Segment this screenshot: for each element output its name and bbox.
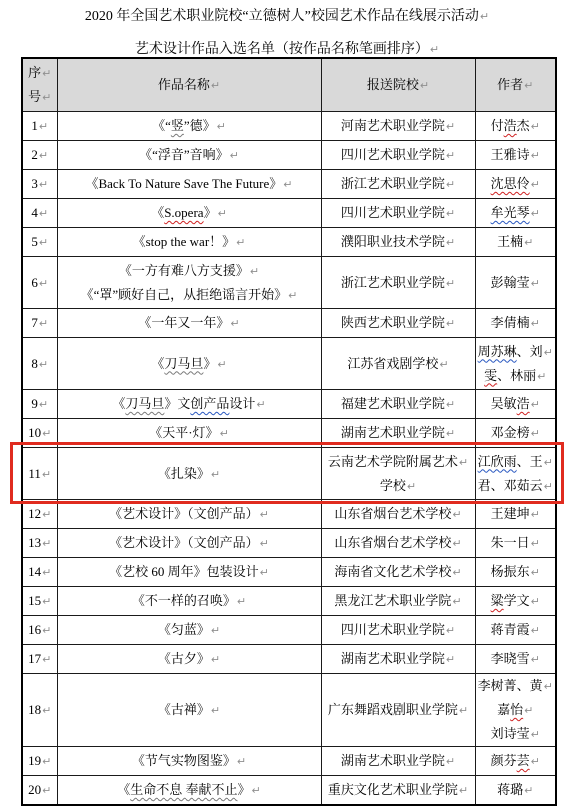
- cell-line: 11↵: [25, 462, 55, 486]
- school-cell: 山东省烟台艺术学校↵: [321, 500, 475, 529]
- cell-text: 《不一样的召唤》: [132, 593, 236, 608]
- squiggle-red-text: 浩: [517, 396, 530, 411]
- table-row-15: 15↵《不一样的召唤》↵黑龙江艺术职业学院↵粱学文↵: [22, 587, 556, 616]
- pilcrow-mark: ↵: [531, 398, 540, 411]
- seq-cell: 4↵: [22, 199, 57, 228]
- pilcrow-mark: ↵: [446, 427, 455, 440]
- school-cell: 云南艺术学院附属艺术↵学校↵: [321, 448, 475, 500]
- cell-text: 李树菁、黄: [478, 678, 543, 693]
- author-cell: 王建坤↵: [475, 500, 556, 529]
- pilcrow-mark: ↵: [42, 508, 51, 521]
- pilcrow-mark: ↵: [39, 277, 48, 290]
- cell-line: 《“竖”德》↵: [60, 114, 319, 138]
- cell-line: 15↵: [25, 589, 55, 613]
- work-name-cell: 《一方有难八方支援》↵《“罩”顾好自己，从拒绝谣言开始》↵: [57, 257, 321, 309]
- cell-text: 》: [203, 356, 216, 371]
- cell-text: 四川艺术职业学院: [341, 147, 445, 162]
- seq-cell: 1↵: [22, 112, 57, 141]
- pilcrow-mark: ↵: [218, 207, 227, 220]
- pilcrow-mark: ↵: [446, 277, 455, 290]
- pilcrow-mark: ↵: [237, 755, 246, 768]
- seq-cell: 3↵: [22, 170, 57, 199]
- table-row-17: 17↵《古夕》↵湖南艺术职业学院↵李晓雪↵: [22, 645, 556, 674]
- cell-text: 吴敏: [491, 396, 517, 411]
- work-name-cell: 《不一样的召唤》↵: [57, 587, 321, 616]
- cell-line: 4↵: [25, 201, 55, 225]
- pilcrow-mark: ↵: [446, 653, 455, 666]
- table-row-14: 14↵《艺校 60 周年》包装设计↵海南省文化艺术学校↵杨振东↵: [22, 558, 556, 587]
- pilcrow-mark: ↵: [446, 149, 455, 162]
- cell-text: 黑龙江艺术职业学院: [334, 593, 451, 608]
- work-name-cell: 《艺校 60 周年》包装设计↵: [57, 558, 321, 587]
- cell-text: 5: [31, 234, 38, 249]
- work-name-cell: 《生命不息 奉献不止》↵: [57, 776, 321, 805]
- school-cell: 濮阳职业技术学院↵: [321, 228, 475, 257]
- cell-text: 《: [112, 396, 125, 411]
- cell-line: 13↵: [25, 531, 55, 555]
- subtitle-text: 艺术设计作品入选名单（按作品名称笔画排序）: [135, 42, 429, 57]
- author-cell: 吴敏浩↵: [475, 390, 556, 419]
- cell-line: 四川艺术职业学院↵: [324, 618, 473, 642]
- author-cell: 李树菁、黄↵嘉怡↵刘诗莹↵: [475, 674, 556, 747]
- school-cell: 重庆文化艺术职业学院↵: [321, 776, 475, 805]
- cell-line: 18↵: [25, 698, 55, 722]
- cell-text: 《: [151, 205, 164, 220]
- pilcrow-mark: ↵: [544, 480, 553, 493]
- table-row-8: 8↵《刀马旦》↵江苏省戏剧学校↵周苏琳、刘↵雯、林丽↵: [22, 338, 556, 390]
- pilcrow-mark: ↵: [42, 704, 51, 717]
- school-cell: 四川艺术职业学院↵: [321, 616, 475, 645]
- cell-line: 《天平·灯》↵: [60, 421, 319, 445]
- cell-text: 》: [204, 205, 217, 220]
- cell-text: 彭翰莹: [491, 275, 530, 290]
- pilcrow-mark: ↵: [217, 358, 226, 371]
- table-row-3: 3↵《Back To Nature Save The Future》↵浙江艺术职…: [22, 170, 556, 199]
- cell-text: 3: [31, 176, 38, 191]
- school-cell: 海南省文化艺术学校↵: [321, 558, 475, 587]
- cell-text: 8: [31, 356, 38, 371]
- document-title-line1: 2020 年全国艺术职业院校“立德树人”校园艺术作品在线展示活动↵: [0, 5, 574, 25]
- pilcrow-mark: ↵: [446, 207, 455, 220]
- seq-cell: 8↵: [22, 338, 57, 390]
- cell-text: 设计: [229, 396, 255, 411]
- seq-cell: 12↵: [22, 500, 57, 529]
- squiggle-blue-text: 牟光琴: [491, 205, 530, 220]
- cell-text: 重庆文化艺术职业学院: [328, 782, 458, 797]
- pilcrow-mark: ↵: [420, 79, 429, 92]
- cell-text: 山东省烟台艺术学校: [334, 535, 451, 550]
- cell-line: 《古夕》↵: [60, 647, 319, 671]
- cell-text: 王雅诗: [491, 147, 530, 162]
- pilcrow-mark: ↵: [42, 624, 51, 637]
- pilcrow-mark: ↵: [237, 595, 246, 608]
- cell-text: 杰: [517, 118, 530, 133]
- author-cell: 沈思伶↵: [475, 170, 556, 199]
- author-cell: 蒋璐↵: [475, 776, 556, 805]
- cell-text: 18: [28, 702, 41, 717]
- table-row-2: 2↵《“浮音”音响》↵四川艺术职业学院↵王雅诗↵: [22, 141, 556, 170]
- cell-line: 2↵: [25, 143, 55, 167]
- pilcrow-mark: ↵: [230, 317, 239, 330]
- pilcrow-mark: ↵: [42, 67, 51, 80]
- table-row-6: 6↵《一方有难八方支援》↵《“罩”顾好自己，从拒绝谣言开始》↵浙江艺术职业学院↵…: [22, 257, 556, 309]
- squiggle-blue-text: 江欣雨: [478, 454, 517, 469]
- cell-text: 《匀蓝》: [158, 622, 210, 637]
- work-name-cell: 《刀马旦》文创产品设计↵: [57, 390, 321, 419]
- table-row-12: 12↵《艺术设计》（文创产品）↵山东省烟台艺术学校↵王建坤↵: [22, 500, 556, 529]
- pilcrow-mark: ↵: [211, 704, 220, 717]
- cell-line: 濮阳职业技术学院↵: [324, 230, 473, 254]
- seq-cell: 18↵: [22, 674, 57, 747]
- pilcrow-mark: ↵: [42, 653, 51, 666]
- author-cell: 牟光琴↵: [475, 199, 556, 228]
- pilcrow-mark: ↵: [531, 595, 540, 608]
- cell-line: 彭翰莹↵: [478, 271, 554, 295]
- cell-line: 蒋青霞↵: [478, 618, 554, 642]
- cell-text: 4: [31, 205, 38, 220]
- seq-cell: 15↵: [22, 587, 57, 616]
- school-cell: 广东舞蹈戏剧职业学院↵: [321, 674, 475, 747]
- cell-text: 嘉: [497, 702, 510, 717]
- cell-line: 3↵: [25, 172, 55, 196]
- cell-line: 浙江艺术职业学院↵: [324, 172, 473, 196]
- pilcrow-mark: ↵: [480, 10, 489, 23]
- seq-cell: 6↵: [22, 257, 57, 309]
- pilcrow-mark: ↵: [531, 728, 540, 741]
- cell-text: 广东舞蹈戏剧职业学院: [328, 702, 458, 717]
- cell-line: 9↵: [25, 392, 55, 416]
- cell-line: 王楠↵: [478, 230, 554, 254]
- school-cell: 湖南艺术职业学院↵: [321, 419, 475, 448]
- cell-line: 颜芬芸↵: [478, 749, 554, 773]
- cell-line: 《古禅》↵: [60, 698, 319, 722]
- school-cell: 陕西艺术职业学院↵: [321, 309, 475, 338]
- header-school: 报送院校↵: [321, 58, 475, 112]
- work-name-cell: 《stop the war！》↵: [57, 228, 321, 257]
- table-row-20: 20↵《生命不息 奉献不止》↵重庆文化艺术职业学院↵蒋璐↵: [22, 776, 556, 805]
- pilcrow-mark: ↵: [42, 537, 51, 550]
- seq-cell: 17↵: [22, 645, 57, 674]
- header-work-name: 作品名称↵: [57, 58, 321, 112]
- cell-line: 重庆文化艺术职业学院↵: [324, 778, 473, 802]
- cell-line: 《刀马旦》文创产品设计↵: [60, 392, 319, 416]
- school-cell: 福建艺术职业学院↵: [321, 390, 475, 419]
- pilcrow-mark: ↵: [459, 456, 468, 469]
- seq-cell: 7↵: [22, 309, 57, 338]
- cell-line: 广东舞蹈戏剧职业学院↵: [324, 698, 473, 722]
- header-seq-label: 号: [28, 89, 41, 104]
- pilcrow-mark: ↵: [446, 317, 455, 330]
- seq-cell: 5↵: [22, 228, 57, 257]
- pilcrow-mark: ↵: [544, 346, 553, 359]
- cell-text: 江苏省戏剧学校: [347, 356, 438, 371]
- cell-line: 朱一日↵: [478, 531, 554, 555]
- pilcrow-mark: ↵: [531, 755, 540, 768]
- seq-cell: 20↵: [22, 776, 57, 805]
- table-row-7: 7↵《一年又一年》↵陕西艺术职业学院↵李倩楠↵: [22, 309, 556, 338]
- cell-line: 粱学文↵: [478, 589, 554, 613]
- pilcrow-mark: ↵: [42, 468, 51, 481]
- cell-line: 牟光琴↵: [478, 201, 554, 225]
- cell-text: 君、邓茹云: [478, 478, 543, 493]
- cell-text: 朱一日: [491, 535, 530, 550]
- pilcrow-mark: ↵: [446, 755, 455, 768]
- pilcrow-mark: ↵: [531, 537, 540, 550]
- cell-line: 黑龙江艺术职业学院↵: [324, 589, 473, 613]
- cell-line: 《节气实物图鉴》↵: [60, 749, 319, 773]
- cell-line: 河南艺术职业学院↵: [324, 114, 473, 138]
- pilcrow-mark: ↵: [531, 624, 540, 637]
- cell-text: 7: [31, 315, 38, 330]
- cell-text: 16: [28, 622, 41, 637]
- pilcrow-mark: ↵: [531, 508, 540, 521]
- cell-text: 王楠: [497, 234, 523, 249]
- cell-line: 山东省烟台艺术学校↵: [324, 531, 473, 555]
- cell-line: 20↵: [25, 778, 55, 802]
- school-cell: 四川艺术职业学院↵: [321, 199, 475, 228]
- pilcrow-mark: ↵: [236, 236, 245, 249]
- author-cell: 王雅诗↵: [475, 141, 556, 170]
- seq-cell: 9↵: [22, 390, 57, 419]
- cell-text: 陕西艺术职业学院: [341, 315, 445, 330]
- cell-text: 20: [28, 782, 41, 797]
- cell-line: 海南省文化艺术学校↵: [324, 560, 473, 584]
- pilcrow-mark: ↵: [39, 120, 48, 133]
- cell-text: 浙江艺术职业学院: [341, 275, 445, 290]
- cell-text: 杨振东: [491, 564, 530, 579]
- header-seq-label: 序: [28, 65, 41, 80]
- pilcrow-mark: ↵: [531, 120, 540, 133]
- work-name-cell: 《Back To Nature Save The Future》↵: [57, 170, 321, 199]
- cell-text: 《天平·灯》: [149, 425, 218, 440]
- cell-text: 《: [151, 356, 164, 371]
- cell-line: 《刀马旦》↵: [60, 352, 319, 376]
- school-cell: 湖南艺术职业学院↵: [321, 645, 475, 674]
- work-name-cell: 《节气实物图鉴》↵: [57, 747, 321, 776]
- cell-line: 《艺术设计》（文创产品）↵: [60, 531, 319, 555]
- pilcrow-mark: ↵: [531, 149, 540, 162]
- pilcrow-mark: ↵: [531, 277, 540, 290]
- cell-text: 《艺校 60 周年》包装设计: [109, 564, 259, 579]
- cell-text: 《“浮音”音响》: [139, 147, 229, 162]
- header-seq: 序↵ 号↵: [22, 58, 57, 112]
- cell-text: 濮阳职业技术学院: [341, 234, 445, 249]
- cell-line: 《stop the war！》↵: [60, 230, 319, 254]
- cell-line: 学校↵: [324, 474, 473, 498]
- pilcrow-mark: ↵: [211, 624, 220, 637]
- cell-line: 16↵: [25, 618, 55, 642]
- pilcrow-mark: ↵: [260, 537, 269, 550]
- pilcrow-mark: ↵: [531, 427, 540, 440]
- cell-text: 11: [28, 466, 41, 481]
- cell-line: 湖南艺术职业学院↵: [324, 647, 473, 671]
- cell-line: 李倩楠↵: [478, 311, 554, 335]
- pilcrow-mark: ↵: [544, 456, 553, 469]
- pilcrow-mark: ↵: [452, 566, 461, 579]
- cell-text: 、王: [517, 454, 543, 469]
- cell-line: 《匀蓝》↵: [60, 618, 319, 642]
- pilcrow-mark: ↵: [42, 755, 51, 768]
- cell-line: 《生命不息 奉献不止》↵: [60, 778, 319, 802]
- cell-text: ”德》: [184, 118, 216, 133]
- author-cell: 彭翰莹↵: [475, 257, 556, 309]
- cell-text: 四川艺术职业学院: [341, 205, 445, 220]
- work-name-cell: 《S.opera》↵: [57, 199, 321, 228]
- cell-text: 河南艺术职业学院: [341, 118, 445, 133]
- pilcrow-mark: ↵: [230, 149, 239, 162]
- cell-text: 刘诗莹: [491, 726, 530, 741]
- cell-line: 周苏琳、刘↵: [478, 340, 554, 364]
- squiggle-blue-text: 周苏琳: [478, 344, 517, 359]
- pilcrow-mark: ↵: [446, 178, 455, 191]
- cell-line: 李树菁、黄↵: [478, 674, 554, 698]
- squiggle-red-text: 雯: [484, 368, 497, 383]
- table-row-18: 18↵《古禅》↵广东舞蹈戏剧职业学院↵李树菁、黄↵嘉怡↵刘诗莹↵: [22, 674, 556, 747]
- pilcrow-mark: ↵: [524, 704, 533, 717]
- pilcrow-mark: ↵: [531, 653, 540, 666]
- pilcrow-mark: ↵: [283, 178, 292, 191]
- cell-text: 《: [117, 782, 130, 797]
- squiggle-red-text: 粱: [491, 593, 504, 608]
- pilcrow-mark: ↵: [260, 508, 269, 521]
- pilcrow-mark: ↵: [407, 480, 416, 493]
- school-cell: 浙江艺术职业学院↵: [321, 257, 475, 309]
- author-cell: 李倩楠↵: [475, 309, 556, 338]
- cell-line: 《不一样的召唤》↵: [60, 589, 319, 613]
- seq-cell: 10↵: [22, 419, 57, 448]
- cell-line: 12↵: [25, 502, 55, 526]
- cell-text: 湖南艺术职业学院: [341, 753, 445, 768]
- author-cell: 蒋青霞↵: [475, 616, 556, 645]
- school-cell: 黑龙江艺术职业学院↵: [321, 587, 475, 616]
- cell-line: 王建坤↵: [478, 502, 554, 526]
- author-cell: 王楠↵: [475, 228, 556, 257]
- school-cell: 浙江艺术职业学院↵: [321, 170, 475, 199]
- cell-text: 17: [28, 651, 41, 666]
- pilcrow-mark: ↵: [446, 120, 455, 133]
- pilcrow-mark: ↵: [531, 178, 540, 191]
- cell-line: 君、邓茹云↵: [478, 474, 554, 498]
- cell-line: 雯、林丽↵: [478, 364, 554, 388]
- pilcrow-mark: ↵: [459, 784, 468, 797]
- cell-text: 湖南艺术职业学院: [341, 425, 445, 440]
- table-row-1: 1↵《“竖”德》↵河南艺术职业学院↵付浩杰↵: [22, 112, 556, 141]
- squiggle-blue-text: 创产品: [190, 396, 229, 411]
- cell-line: 付浩杰↵: [478, 114, 554, 138]
- cell-line: 《艺术设计》（文创产品）↵: [60, 502, 319, 526]
- cell-line: 江苏省戏剧学校↵: [324, 352, 473, 376]
- cell-text: 蒋璐: [497, 782, 523, 797]
- author-cell: 付浩杰↵: [475, 112, 556, 141]
- cell-text: 《扎染》: [158, 466, 210, 481]
- pilcrow-mark: ↵: [430, 43, 439, 56]
- author-cell: 杨振东↵: [475, 558, 556, 587]
- cell-line: 《“罩”顾好自己，从拒绝谣言开始》↵: [60, 283, 319, 307]
- pilcrow-mark: ↵: [439, 358, 448, 371]
- cell-line: 吴敏浩↵: [478, 392, 554, 416]
- cell-line: 《“浮音”音响》↵: [60, 143, 319, 167]
- pilcrow-mark: ↵: [446, 236, 455, 249]
- cell-line: 《艺校 60 周年》包装设计↵: [60, 560, 319, 584]
- cell-line: 《一年又一年》↵: [60, 311, 319, 335]
- pilcrow-mark: ↵: [446, 398, 455, 411]
- cell-line: 浙江艺术职业学院↵: [324, 271, 473, 295]
- cell-text: 颜芬: [491, 753, 517, 768]
- pilcrow-mark: ↵: [452, 537, 461, 550]
- cell-text: 王建坤: [491, 506, 530, 521]
- pilcrow-mark: ↵: [544, 680, 553, 693]
- pilcrow-mark: ↵: [211, 653, 220, 666]
- cell-line: 湖南艺术职业学院↵: [324, 749, 473, 773]
- author-cell: 朱一日↵: [475, 529, 556, 558]
- pilcrow-mark: ↵: [537, 370, 546, 383]
- cell-line: 湖南艺术职业学院↵: [324, 421, 473, 445]
- cell-text: 《古夕》: [158, 651, 210, 666]
- cell-text: 2: [31, 147, 38, 162]
- cell-line: 《一方有难八方支援》↵: [60, 259, 319, 283]
- author-cell: 周苏琳、刘↵雯、林丽↵: [475, 338, 556, 390]
- cell-text: 云南艺术学院附属艺术: [328, 454, 458, 469]
- cell-line: 14↵: [25, 560, 55, 584]
- work-name-cell: 《古禅》↵: [57, 674, 321, 747]
- table-row-5: 5↵《stop the war！》↵濮阳职业技术学院↵王楠↵: [22, 228, 556, 257]
- pilcrow-mark: ↵: [524, 784, 533, 797]
- cell-line: 《Back To Nature Save The Future》↵: [60, 172, 319, 196]
- author-cell: 粱学文↵: [475, 587, 556, 616]
- work-name-cell: 《扎染》↵: [57, 448, 321, 500]
- work-name-cell: 《匀蓝》↵: [57, 616, 321, 645]
- cell-text: 《艺术设计》（文创产品）: [109, 535, 259, 550]
- school-cell: 湖南艺术职业学院↵: [321, 747, 475, 776]
- pilcrow-mark: ↵: [531, 566, 540, 579]
- pilcrow-mark: ↵: [524, 79, 533, 92]
- cell-line: 云南艺术学院附属艺术↵: [324, 450, 473, 474]
- header-row: 序↵ 号↵ 作品名称↵ 报送院校↵ 作者↵: [22, 58, 556, 112]
- cell-text: 《stop the war！》: [133, 234, 236, 249]
- cell-text: 12: [28, 506, 41, 521]
- cell-line: 四川艺术职业学院↵: [324, 143, 473, 167]
- cell-text: 邓金榜: [491, 425, 530, 440]
- cell-text: 、林丽: [497, 368, 536, 383]
- pilcrow-mark: ↵: [39, 398, 48, 411]
- cell-text: 学文: [504, 593, 530, 608]
- work-name-cell: 《“浮音”音响》↵: [57, 141, 321, 170]
- cell-text: 《古禅》: [158, 702, 210, 717]
- cell-line: 山东省烟台艺术学校↵: [324, 502, 473, 526]
- pilcrow-mark: ↵: [39, 236, 48, 249]
- cell-line: 蒋璐↵: [478, 778, 554, 802]
- cell-line: 四川艺术职业学院↵: [324, 201, 473, 225]
- document-title-line2: 艺术设计作品入选名单（按作品名称笔画排序）↵: [0, 38, 574, 58]
- table-row-10: 10↵《天平·灯》↵湖南艺术职业学院↵邓金榜↵: [22, 419, 556, 448]
- table-row-16: 16↵《匀蓝》↵四川艺术职业学院↵蒋青霞↵: [22, 616, 556, 645]
- cell-line: 陕西艺术职业学院↵: [324, 311, 473, 335]
- pilcrow-mark: ↵: [531, 317, 540, 330]
- school-cell: 四川艺术职业学院↵: [321, 141, 475, 170]
- seq-cell: 19↵: [22, 747, 57, 776]
- author-cell: 颜芬芸↵: [475, 747, 556, 776]
- cell-text: 1: [31, 118, 38, 133]
- pilcrow-mark: ↵: [531, 207, 540, 220]
- pilcrow-mark: ↵: [250, 265, 259, 278]
- work-name-cell: 《一年又一年》↵: [57, 309, 321, 338]
- cell-line: 《S.opera》↵: [60, 201, 319, 225]
- cell-line: 李晓雪↵: [478, 647, 554, 671]
- cell-text: 山东省烟台艺术学校: [334, 506, 451, 521]
- squiggle-grey-text: 刀马旦: [125, 396, 164, 411]
- pilcrow-mark: ↵: [211, 79, 220, 92]
- pilcrow-mark: ↵: [446, 624, 455, 637]
